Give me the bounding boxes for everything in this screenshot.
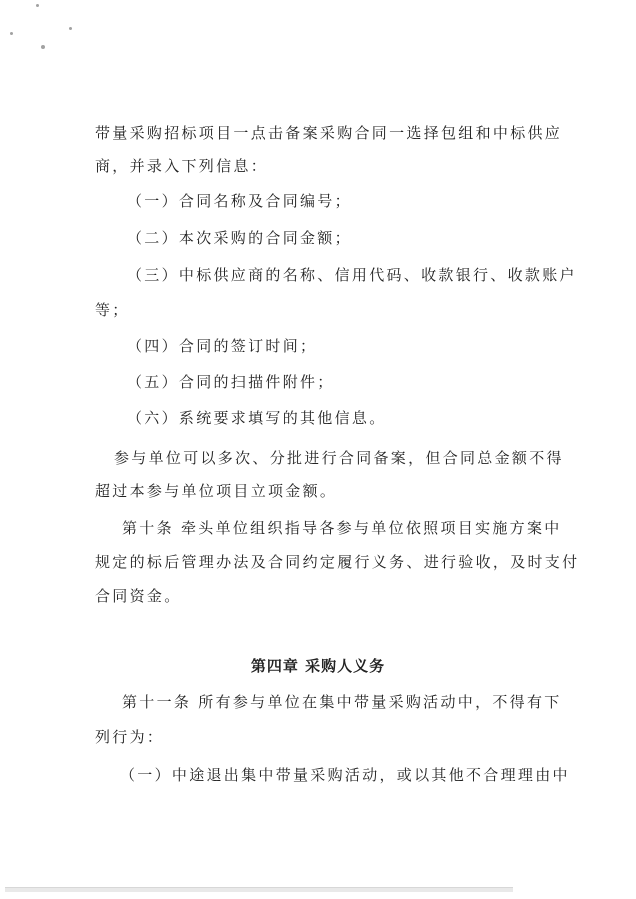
paragraph-line: 带量采购招标项目一点击备案采购合同一选择包组和中标供应 bbox=[95, 123, 545, 143]
list-item: （二）本次采购的合同金额； bbox=[127, 228, 577, 248]
paragraph-line: 商，并录入下列信息： bbox=[95, 156, 545, 176]
article-11-line: 列行为： bbox=[95, 727, 545, 747]
article-11-line: 第十一条 所有参与单位在集中带量采购活动中，不得有下 bbox=[122, 692, 572, 712]
article-11-item: （一）中途退出集中带量采购活动，或以其他不合理理由中 bbox=[120, 765, 570, 785]
list-item: （四）合同的签订时间； bbox=[127, 336, 577, 356]
article-10-line: 合同资金。 bbox=[95, 586, 545, 606]
list-item: （五）合同的扫描件附件； bbox=[127, 372, 577, 392]
paragraph-line: 超过本参与单位项目立项金额。 bbox=[95, 481, 545, 501]
list-item: （六）系统要求填写的其他信息。 bbox=[127, 408, 577, 428]
scan-speck bbox=[10, 32, 13, 35]
paragraph-line: 参与单位可以多次、分批进行合同备案，但合同总金额不得 bbox=[114, 448, 564, 468]
page-bottom-edge bbox=[5, 887, 513, 892]
document-page: 带量采购招标项目一点击备案采购合同一选择包组和中标供应 商，并录入下列信息： （… bbox=[0, 0, 636, 899]
scan-speck bbox=[69, 27, 72, 30]
chapter-heading: 第四章 采购人义务 bbox=[0, 656, 636, 676]
list-item: （三）中标供应商的名称、信用代码、收款银行、收款账户 bbox=[127, 265, 577, 285]
scan-speck bbox=[41, 45, 45, 49]
list-item-continuation: 等； bbox=[95, 300, 545, 320]
article-10-line: 规定的标后管理办法及合同约定履行义务、进行验收，及时支付 bbox=[95, 552, 545, 572]
list-item: （一）合同名称及合同编号； bbox=[127, 191, 577, 211]
scan-speck bbox=[36, 4, 39, 7]
article-10-line: 第十条 牵头单位组织指导各参与单位依照项目实施方案中 bbox=[122, 518, 572, 538]
